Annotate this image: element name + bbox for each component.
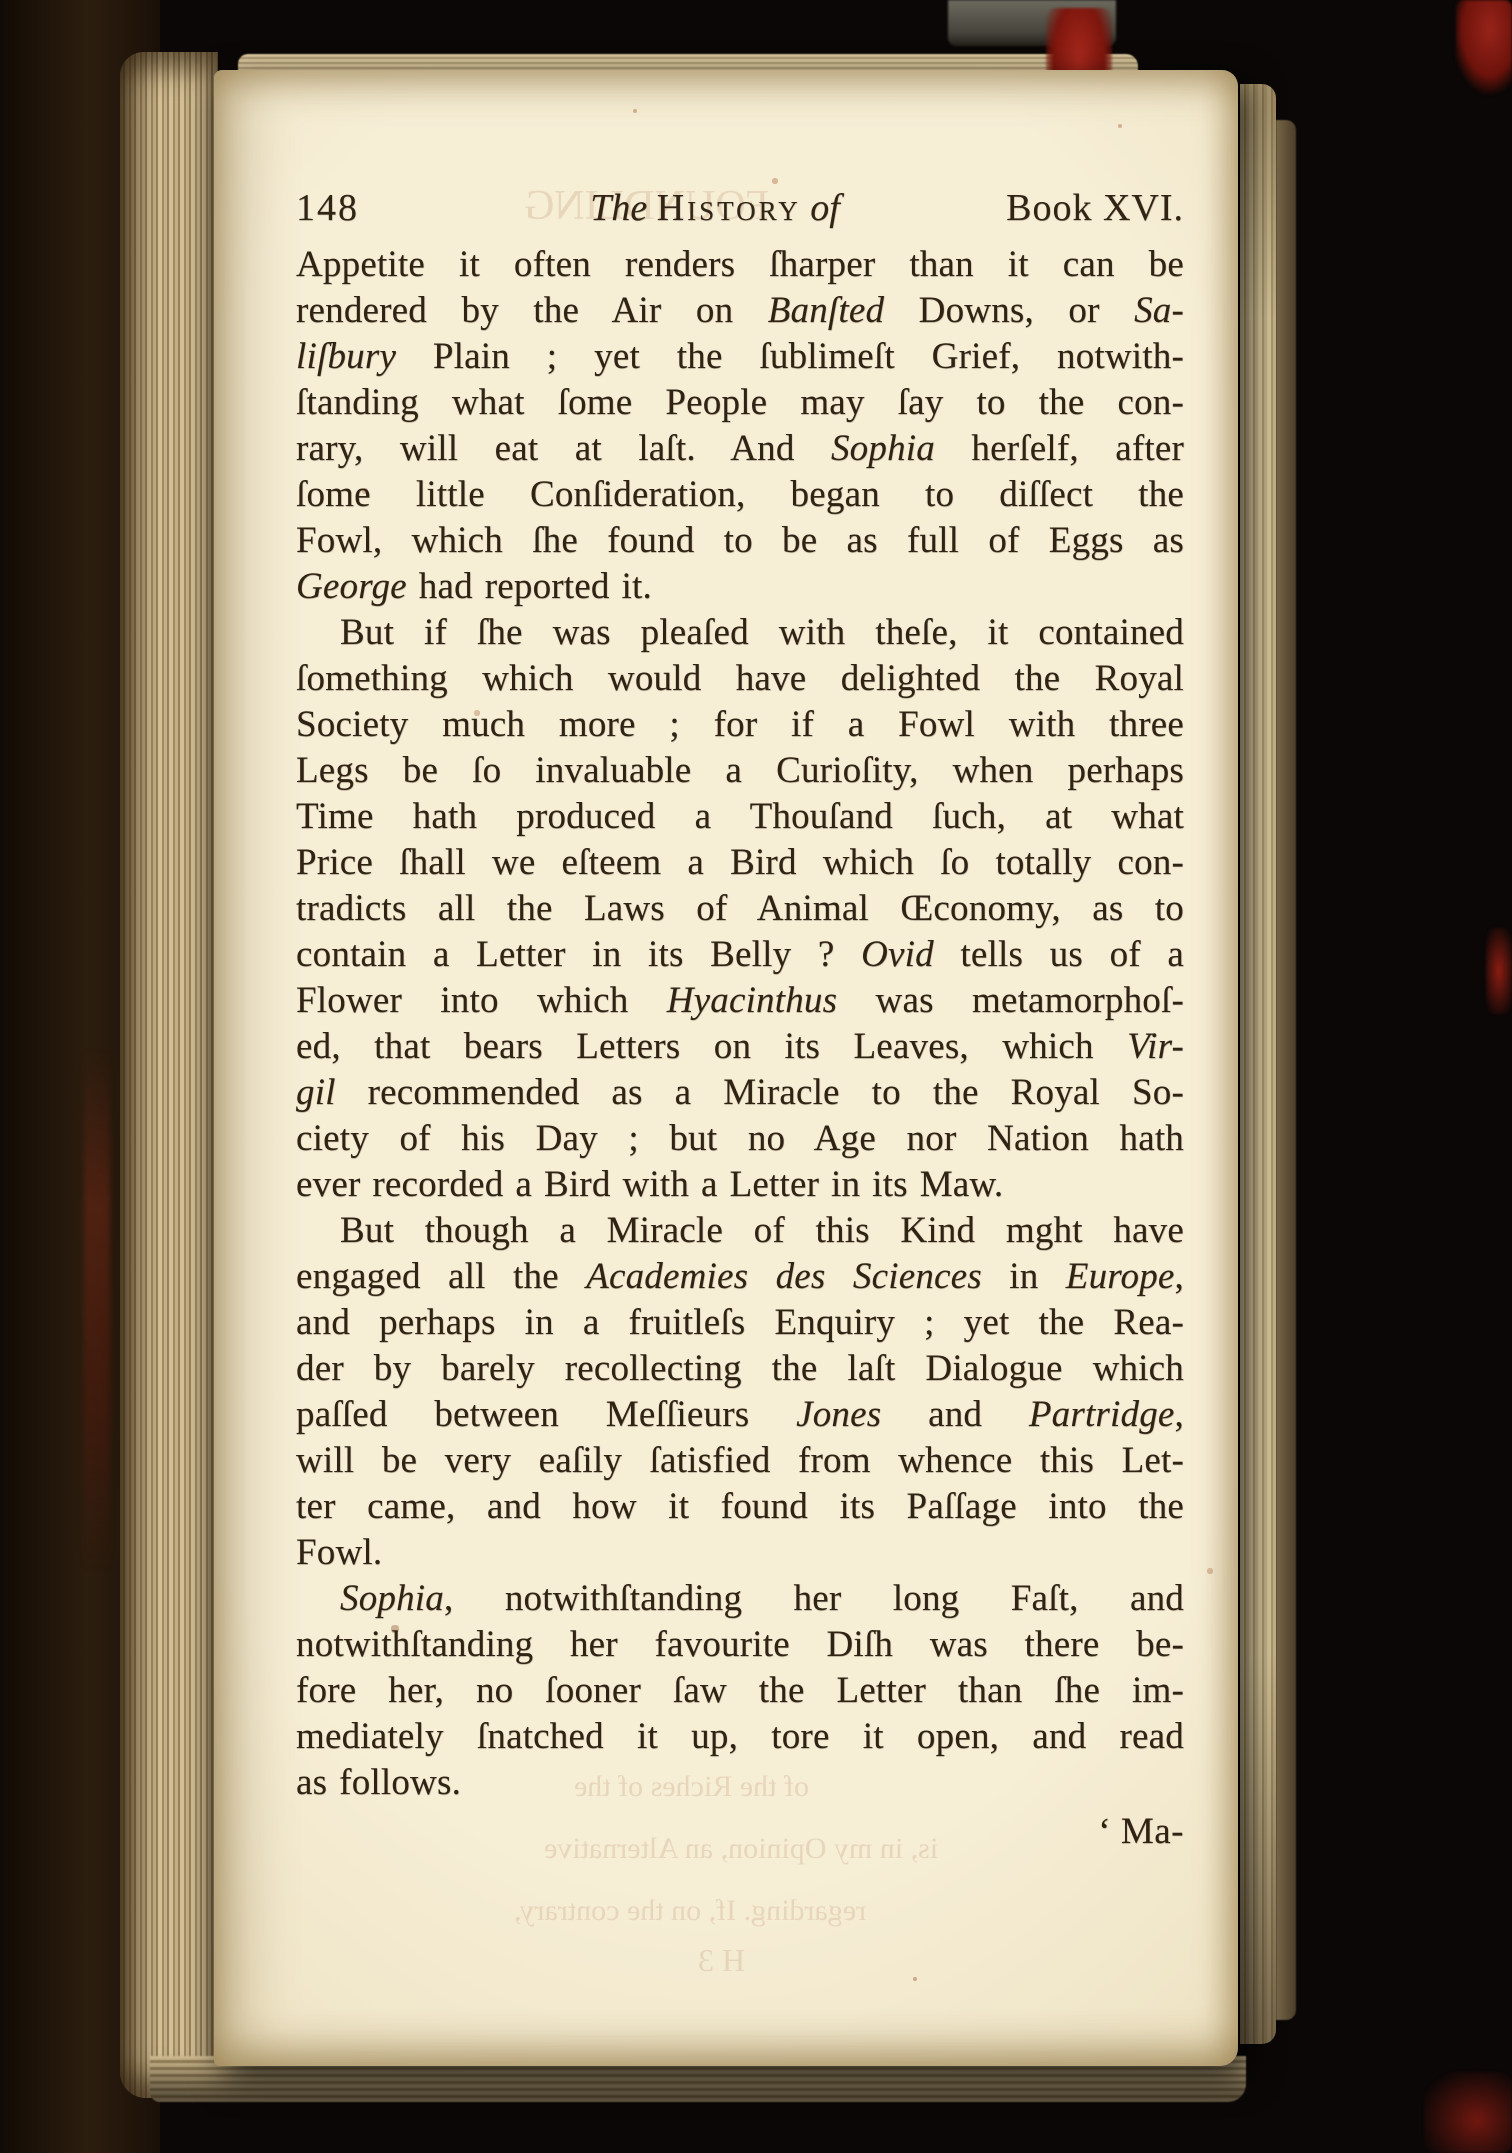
book-page: FOUNDLINGof the Riches of theis, in my O… — [214, 70, 1238, 2066]
red-edge-mark-bottom — [1424, 2072, 1512, 2153]
text-run: Fowl, which ſhe found to be as full of E… — [296, 520, 1184, 561]
text-line: gil recommended as a Miracle to the Roya… — [296, 1070, 1184, 1116]
text-line: ſtanding what ſome People may ſay to the… — [296, 380, 1184, 426]
text-line: ſome little Conſideration, began to diſſ… — [296, 472, 1184, 518]
text-line: tradicts all the Laws of Animal Œconomy,… — [296, 886, 1184, 932]
text-run: Hyacinthus — [667, 980, 838, 1021]
text-line: will be very eaſily ſatisfied from whenc… — [296, 1438, 1184, 1484]
text-run: of — [801, 187, 840, 229]
text-line: paſſed between Meſſieurs Jones and Partr… — [296, 1392, 1184, 1438]
text-run: Jones — [796, 1394, 881, 1435]
text-run: paſſed between Meſſieurs — [296, 1394, 796, 1435]
text-run: Sophia — [340, 1578, 444, 1619]
text-line: ever recorded a Bird with a Letter in it… — [296, 1162, 1184, 1208]
text-run: as follows. — [296, 1762, 461, 1803]
text-run: ter came, and how it found its Paſſage i… — [296, 1486, 1184, 1527]
text-run: Fowl. — [296, 1532, 382, 1573]
text-run: Appetite it often renders ſharper than i… — [296, 244, 1184, 285]
running-title: The History of — [466, 186, 964, 230]
text-run: Ovid — [861, 934, 934, 975]
text-line: George had reported it. — [296, 564, 1184, 610]
red-edge-smear — [84, 1050, 110, 1570]
text-run: Banſted — [768, 290, 884, 331]
page-stack-left — [120, 52, 218, 2098]
red-edge-mark-corner — [1456, 0, 1512, 96]
text-run: Sa- — [1134, 290, 1184, 331]
text-line: ſomething which would have delighted the… — [296, 656, 1184, 702]
text-run: fore her, no ſooner ſaw the Letter than … — [296, 1670, 1184, 1711]
text-run: Europe — [1066, 1256, 1175, 1297]
text-line: But if ſhe was pleaſed with theſe, it co… — [296, 610, 1184, 656]
text-run: had reported it. — [407, 566, 652, 607]
page-header: 148 The History of Book XVI. — [296, 186, 1184, 230]
text-run: , notwithſtanding her long Faſt, and — [444, 1578, 1184, 1619]
text-line: contain a Letter in its Belly ? Ovid tel… — [296, 932, 1184, 978]
text-line: ciety of his Day ; but no Age nor Nation… — [296, 1116, 1184, 1162]
text-run: ciety of his Day ; but no Age nor Nation… — [296, 1118, 1184, 1159]
text-run: tradicts all the Laws of Animal Œconomy,… — [296, 888, 1184, 929]
text-run: engaged all the — [296, 1256, 586, 1297]
text-run: mediately ſnatched it up, tore it open, … — [296, 1716, 1184, 1757]
bleedthrough-text: regarding. If, on the contrary, — [514, 1894, 866, 1928]
text-run: and — [881, 1394, 1029, 1435]
text-run: But though a Miracle of this Kind mght h… — [340, 1210, 1184, 1251]
text-run: Flower into which — [296, 980, 667, 1021]
text-run: rary, will eat at laſt. And — [296, 428, 831, 469]
text-run: contain a Letter in its Belly ? — [296, 934, 861, 975]
catchword: ‘ Ma- — [296, 1810, 1184, 1853]
text-run: der by barely recollecting the laſt Dial… — [296, 1348, 1184, 1389]
text-line: Price ſhall we eſteem a Bird which ſo to… — [296, 840, 1184, 886]
text-line: der by barely recollecting the laſt Dial… — [296, 1346, 1184, 1392]
photo-background: FOUNDLINGof the Riches of theis, in my O… — [0, 0, 1512, 2153]
text-line: engaged all the Academies des Sciences i… — [296, 1254, 1184, 1300]
text-line: as follows. — [296, 1760, 1184, 1806]
text-line: Sophia, notwithſtanding her long Faſt, a… — [296, 1576, 1184, 1622]
text-run: will be very eaſily ſatisfied from whenc… — [296, 1440, 1184, 1481]
text-run: notwithſtanding her favourite Diſh was t… — [296, 1624, 1184, 1665]
bleedthrough-text: H 3 — [698, 1942, 745, 1979]
text-line: mediately ſnatched it up, tore it open, … — [296, 1714, 1184, 1760]
text-run: Plain ; yet the ſublimeſt Grief, notwith… — [396, 336, 1184, 377]
text-run: History — [657, 187, 801, 229]
text-run: was metamorphoſ- — [837, 980, 1184, 1021]
text-run: George — [296, 566, 407, 607]
text-run: gil — [296, 1072, 336, 1113]
text-run: ever recorded a Bird with a Letter in it… — [296, 1164, 1003, 1205]
text-run: ſomething which would have delighted the… — [296, 658, 1184, 699]
text-run: tells us of a — [934, 934, 1184, 975]
text-block: Appetite it often renders ſharper than i… — [296, 242, 1184, 1806]
text-run: But if ſhe was pleaſed with theſe, it co… — [340, 612, 1184, 653]
text-run: , — [1175, 1394, 1184, 1435]
foxing-specks — [214, 70, 216, 72]
text-run: and perhaps in a fruitleſs Enquiry ; yet… — [296, 1302, 1184, 1343]
text-run: Downs, or — [884, 290, 1134, 331]
text-run: The — [590, 187, 657, 229]
text-line: Society much more ; for if a Fowl with t… — [296, 702, 1184, 748]
page-number: 148 — [296, 186, 466, 230]
text-line: rary, will eat at laſt. And Sophia herſe… — [296, 426, 1184, 472]
text-line: fore her, no ſooner ſaw the Letter than … — [296, 1668, 1184, 1714]
text-line: Flower into which Hyacinthus was metamor… — [296, 978, 1184, 1024]
text-line: notwithſtanding her favourite Diſh was t… — [296, 1622, 1184, 1668]
text-run: in — [982, 1256, 1066, 1297]
text-line: Appetite it often renders ſharper than i… — [296, 242, 1184, 288]
text-run: Sophia — [831, 428, 935, 469]
text-line: and perhaps in a fruitleſs Enquiry ; yet… — [296, 1300, 1184, 1346]
text-line: Fowl. — [296, 1530, 1184, 1576]
red-edge-mark-right — [1486, 928, 1512, 1014]
text-run: ſome little Conſideration, began to diſſ… — [296, 474, 1184, 515]
text-line: Fowl, which ſhe found to be as full of E… — [296, 518, 1184, 564]
text-run: recommended as a Miracle to the Royal So… — [336, 1072, 1184, 1113]
text-run: Legs be ſo invaluable a Curioſity, when … — [296, 750, 1184, 791]
text-line: Time hath produced a Thouſand ſuch, at w… — [296, 794, 1184, 840]
book-number: Book XVI. — [964, 186, 1184, 230]
text-line: liſbury Plain ; yet the ſublimeſt Grief,… — [296, 334, 1184, 380]
text-run: Price ſhall we eſteem a Bird which ſo to… — [296, 842, 1184, 883]
text-run: ed, that bears Letters on its Leaves, wh… — [296, 1026, 1127, 1067]
text-run: ſtanding what ſome People may ſay to the… — [296, 382, 1184, 423]
text-line: ter came, and how it found its Paſſage i… — [296, 1484, 1184, 1530]
text-run: Society much more ; for if a Fowl with t… — [296, 704, 1184, 745]
text-line: ed, that bears Letters on its Leaves, wh… — [296, 1024, 1184, 1070]
text-run: liſbury — [296, 336, 396, 377]
text-line: But though a Miracle of this Kind mght h… — [296, 1208, 1184, 1254]
text-run: Partridge — [1029, 1394, 1175, 1435]
text-run: , — [1175, 1256, 1184, 1297]
text-run: Academies des Sciences — [586, 1256, 982, 1297]
fore-edge-pages — [1240, 84, 1276, 2044]
fore-edge-shadow — [1276, 120, 1296, 2020]
text-run: herſelf, after — [935, 428, 1184, 469]
text-run: Time hath produced a Thouſand ſuch, at w… — [296, 796, 1184, 837]
text-line: Legs be ſo invaluable a Curioſity, when … — [296, 748, 1184, 794]
text-run: rendered by the Air on — [296, 290, 768, 331]
text-run: Vir- — [1127, 1026, 1184, 1067]
text-line: rendered by the Air on Banſted Downs, or… — [296, 288, 1184, 334]
